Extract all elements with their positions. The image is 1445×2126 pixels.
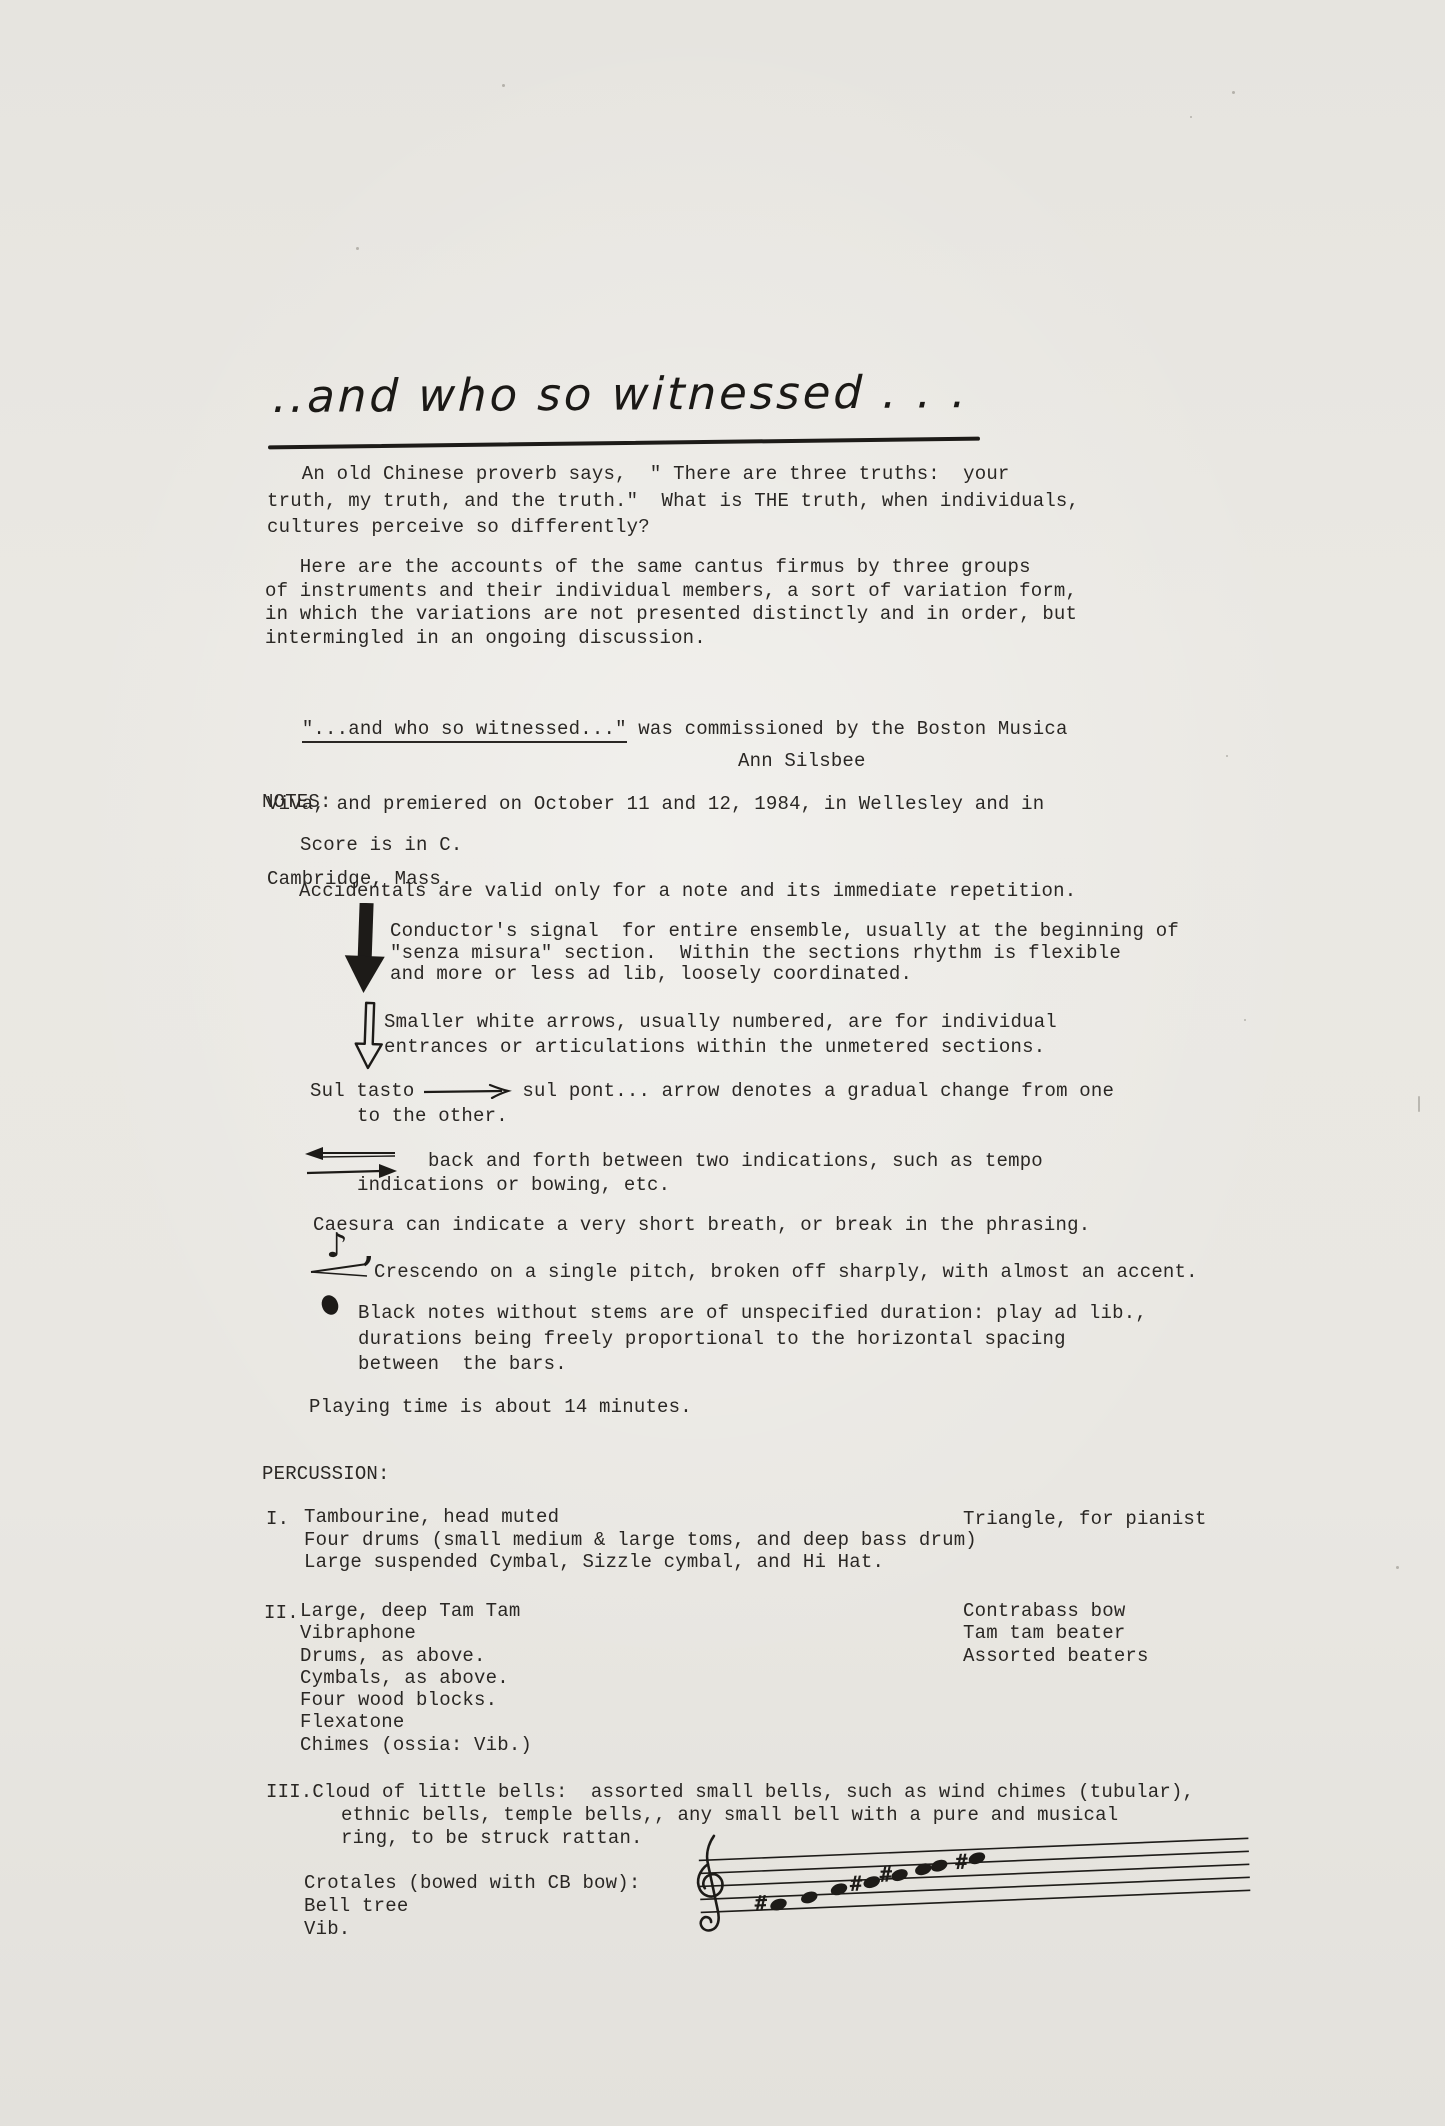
intro-paragraph-1: An old Chinese proverb says, " There are… [267,461,1079,541]
right-arrow-icon [422,1083,514,1099]
scan-speck [502,84,505,87]
note-back-forth-line1: back and forth between two indications, … [428,1148,1043,1174]
note-caesura: Caesura can indicate a very short breath… [313,1212,1090,1238]
intro-paragraph-2: Here are the accounts of the same cantus… [265,556,1077,650]
note-conductor-signal: Conductor's signal for entire ensemble, … [390,921,1179,986]
crotales-staff-notation: # # # # [672,1822,1264,1942]
page-title: ..and who so witnessed . . . [272,365,970,423]
note-sul-tasto-line2: to the other. [357,1103,508,1129]
svg-text:#: # [849,1871,863,1895]
small-white-down-arrow-icon [352,1000,386,1072]
percussion-heading: PERCUSSION: [262,1461,390,1487]
note-accidentals: Accidentals are valid only for a note an… [299,878,1076,904]
scan-speck [1244,1019,1246,1021]
percussion-3-text1: Cloud of little bells: assorted small be… [312,1781,1194,1803]
svg-text:#: # [754,1891,768,1915]
percussion-2-numeral: II. [264,1600,299,1626]
sul-tasto-after: sul pont... arrow denotes a gradual chan… [522,1078,1114,1104]
stemless-black-note-icon [319,1293,341,1318]
note-back-forth-line2: indications or bowing, etc. [357,1172,670,1198]
composer-signature: Ann Silsbee [738,748,866,774]
scan-speck [1226,755,1228,757]
crescendo-hairpin-icon [309,1261,371,1281]
scanned-page: ..and who so witnessed . . . An old Chin… [0,0,1445,2126]
sul-tasto-before: Sul tasto [310,1078,414,1104]
notes-heading: NOTES: [262,789,332,815]
note-score-in-c: Score is in C. [300,832,462,858]
scan-speck [1232,91,1235,94]
crotales-list: Crotales (bowed with CB bow): Bell tree … [304,1872,640,1941]
eighth-note-icon: ♪ [326,1226,348,1266]
treble-clef-icon [696,1836,724,1931]
note-white-arrows: Smaller white arrows, usually numbered, … [384,1010,1057,1060]
para3-indent [267,718,302,740]
percussion-1-right-column: Triangle, for pianist [963,1506,1207,1532]
title-underline [268,437,980,450]
percussion-1-items: Tambourine, head muted Four drums (small… [304,1506,977,1574]
quoted-piece-title: "...and who so witnessed..." [302,718,627,743]
para3-line1: "...and who so witnessed..." was commiss… [267,717,1068,742]
svg-text:#: # [879,1862,893,1886]
percussion-2-items: Large, deep Tam Tam Vibraphone Drums, as… [300,1600,532,1756]
svg-text:#: # [955,1850,969,1874]
note-sul-tasto: Sul tasto sul pont... arrow denotes a gr… [310,1078,1114,1104]
scan-speck [1396,1566,1399,1569]
percussion-3-line3: ring, to be struck rattan. [341,1825,643,1851]
para3-line1-rest: was commissioned by the Boston Musica [627,718,1068,740]
note-black-notes: Black notes without stems are of unspeci… [358,1301,1147,1378]
percussion-2-right-column: Contrabass bow Tam tam beater Assorted b… [963,1600,1149,1667]
scan-speck [356,247,359,250]
scan-speck [1418,1096,1420,1112]
large-black-down-arrow-icon [344,903,386,995]
note-crescendo: Crescendo on a single pitch, broken off … [374,1259,1198,1285]
note-playing-time: Playing time is about 14 minutes. [309,1394,692,1420]
para3-line2: Viva, and premiered on October 11 and 12… [267,792,1068,817]
percussion-3-numeral: III. [266,1781,312,1803]
percussion-1-numeral: I. [266,1506,289,1532]
scan-speck [1190,116,1192,118]
